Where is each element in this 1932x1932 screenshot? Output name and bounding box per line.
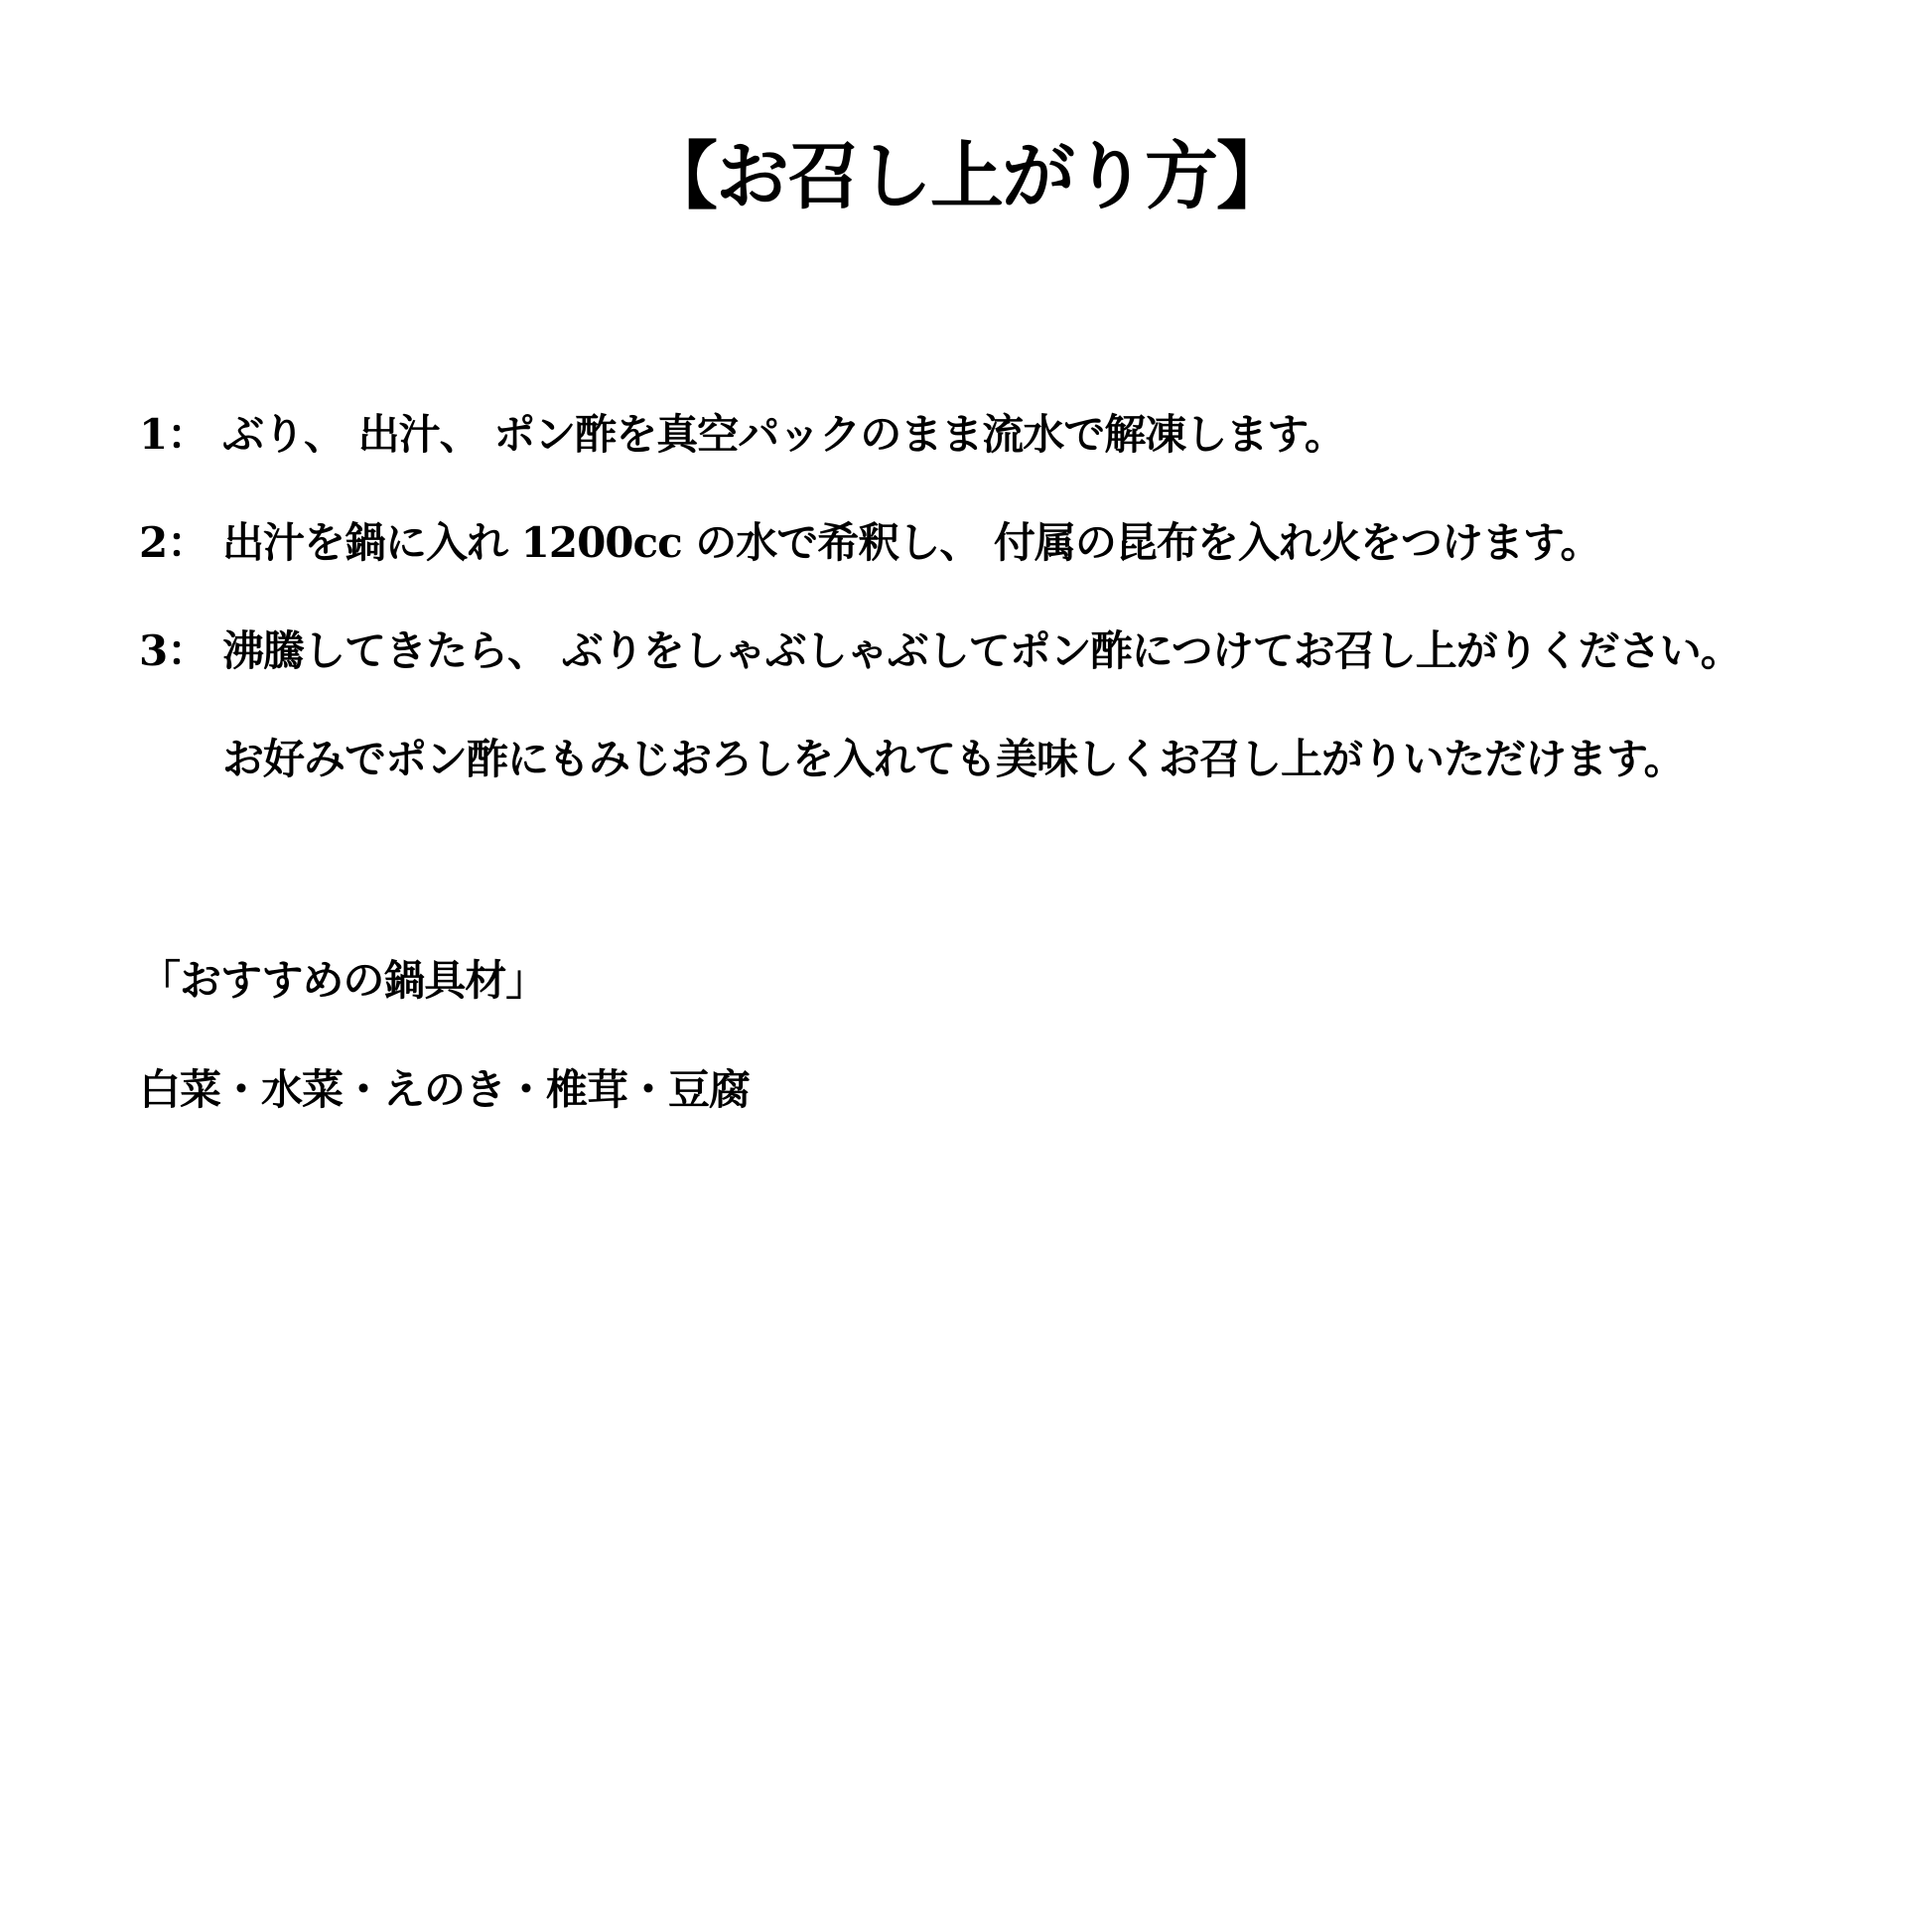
step-3: 3： 沸騰してきたら、 ぶりをしゃぶしゃぶしてポン酢につけてお召し上がりください… [139, 621, 1886, 730]
instruction-steps: 1： ぶり、 出汁、 ポン酢を真空パックのまま流水で解凍します。 2： 出汁を鍋… [139, 405, 1886, 838]
step-3-continuation: お好みでポン酢にもみじおろしを入れても美味しくお召し上がりいただけます。 [139, 730, 1886, 838]
step-text: 出汁を鍋に入れ 1200cc の水で希釈し、 付属の昆布を入れ火をつけます。 [222, 513, 1601, 573]
step-number: 2： [139, 513, 222, 573]
recommended-ingredients: 「おすすめの鍋具材」 白菜・水菜・えのき・椎茸・豆腐 [139, 951, 1827, 1120]
recommend-heading: 「おすすめの鍋具材」 [139, 951, 1827, 1060]
step-note: お好みでポン酢にもみじおろしを入れても美味しくお召し上がりいただけます。 [222, 730, 1685, 789]
step-number: 1： [139, 405, 222, 465]
step-number: 3： [139, 621, 222, 681]
step-text: 沸騰してきたら、 ぶりをしゃぶしゃぶしてポン酢につけてお召し上がりください。 [222, 621, 1741, 681]
recommend-items: 白菜・水菜・えのき・椎茸・豆腐 [139, 1060, 1827, 1120]
step-2: 2： 出汁を鍋に入れ 1200cc の水で希釈し、 付属の昆布を入れ火をつけます… [139, 513, 1886, 621]
page-title: 【お召し上がり方】 [0, 127, 1932, 226]
step-1: 1： ぶり、 出汁、 ポン酢を真空パックのまま流水で解凍します。 [139, 405, 1886, 513]
step-text: ぶり、 出汁、 ポン酢を真空パックのまま流水で解凍します。 [222, 405, 1345, 465]
